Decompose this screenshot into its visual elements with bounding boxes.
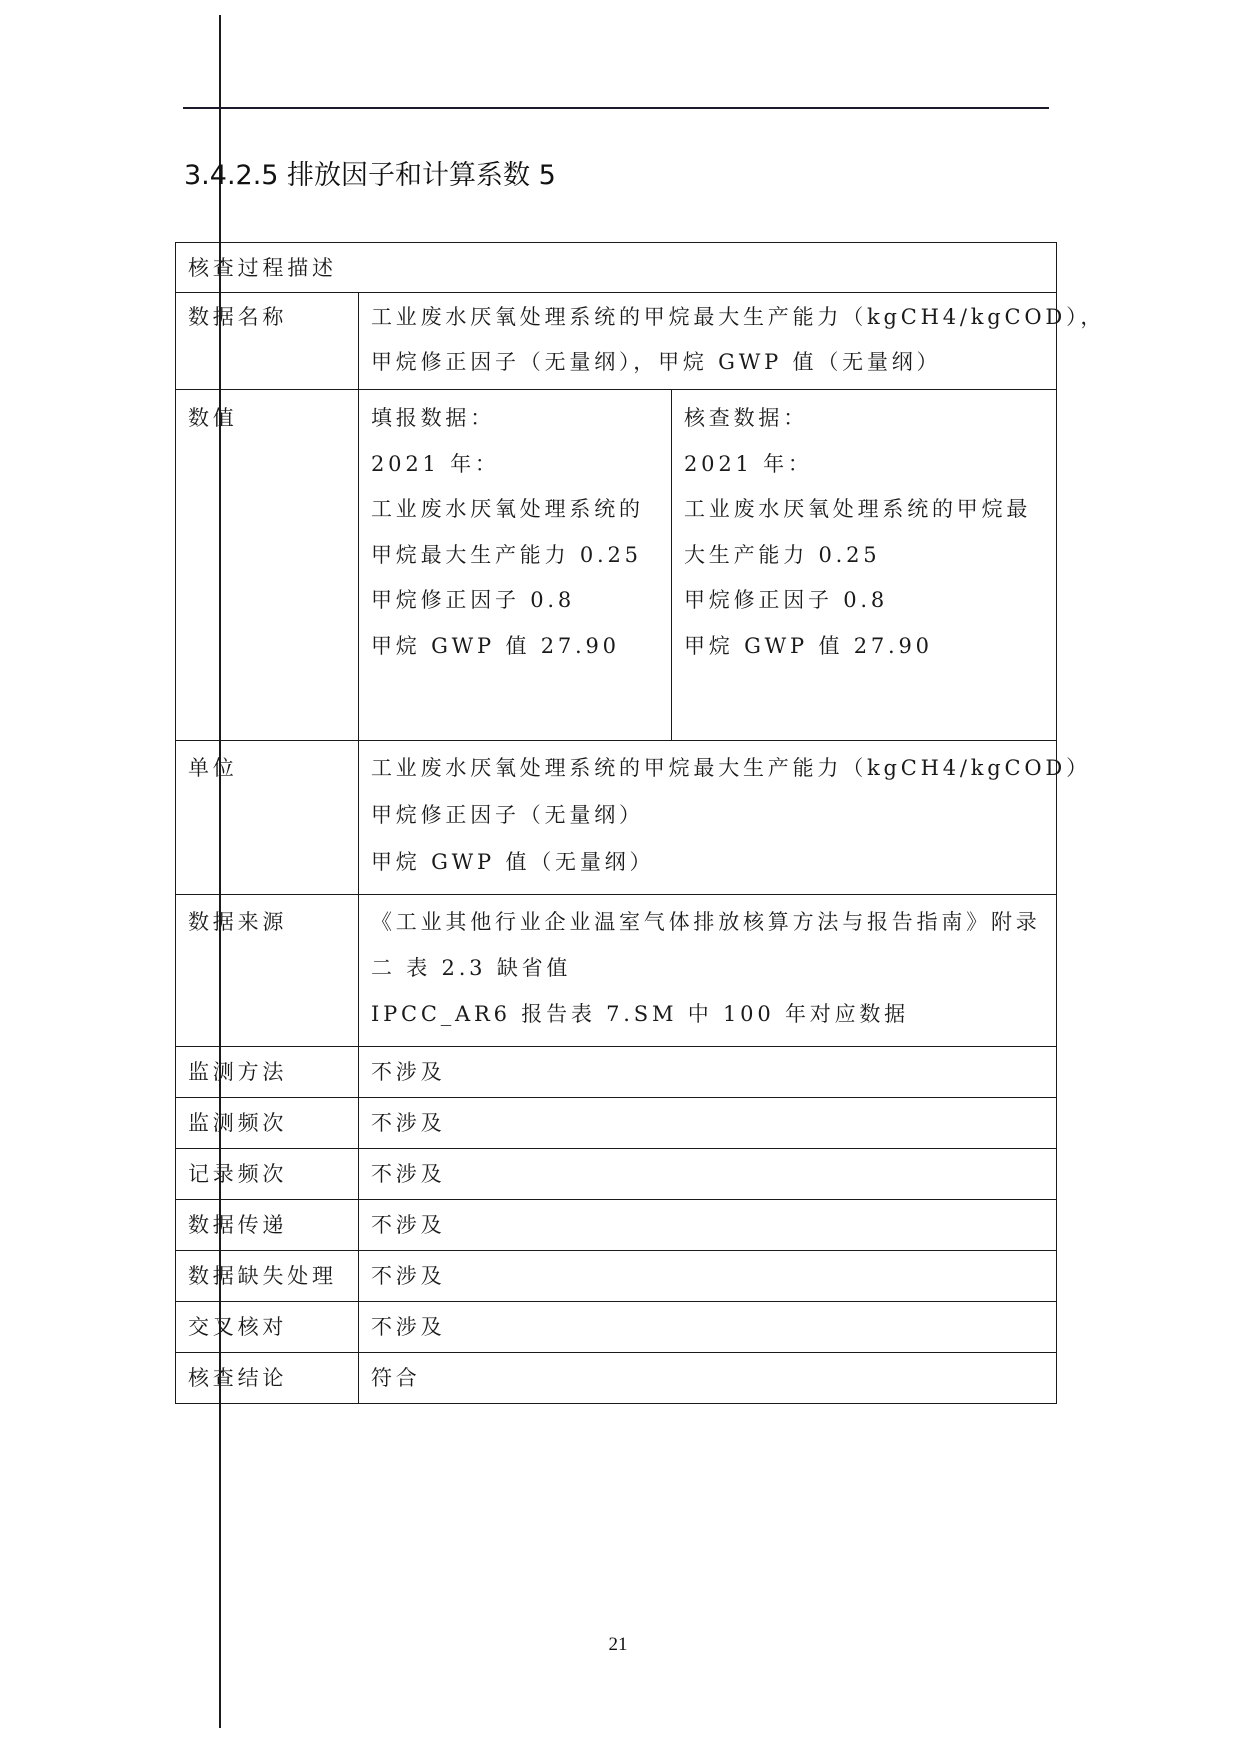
verified-max-capacity: 大生产能力 0.25: [684, 533, 1050, 579]
row-label-cell: 数据来源: [176, 895, 359, 1047]
source-line: 二 表 2.3 缺省值: [371, 945, 1050, 991]
row-value-cell: 不涉及: [359, 1149, 1057, 1200]
row-label-cell: 数据名称: [176, 293, 359, 390]
reported-line: 工业废水厌氧处理系统的: [371, 487, 665, 533]
row-label-cell: 监测方法: [176, 1047, 359, 1098]
conclusion-value: 符合: [371, 1353, 1050, 1403]
row-value-cell: 不涉及: [359, 1200, 1057, 1251]
verification-table: 核查过程描述 数据名称 工业废水厌氧处理系统的甲烷最大生产能力（kgCH4/kg…: [175, 242, 1057, 1404]
reported-max-capacity: 甲烷最大生产能力 0.25: [371, 533, 665, 579]
reported-gwp: 甲烷 GWP 值 27.90: [371, 624, 665, 670]
table-row-unit: 单位 工业废水厌氧处理系统的甲烷最大生产能力（kgCH4/kgCOD） 甲烷修正…: [176, 741, 1057, 895]
row-label: 数据缺失处理: [188, 1251, 352, 1301]
row-value-cell: 不涉及: [359, 1098, 1057, 1149]
verified-data-cell: 核查数据： 2021 年： 工业废水厌氧处理系统的甲烷最 大生产能力 0.25 …: [672, 390, 1057, 741]
unit-line: 甲烷修正因子（无量纲）: [371, 792, 1050, 839]
row-value: 不涉及: [371, 1251, 1050, 1301]
row-value: 不涉及: [371, 1047, 1050, 1097]
verified-heading: 核查数据：: [684, 396, 1050, 442]
row-value-cell: 工业废水厌氧处理系统的甲烷最大生产能力（kgCH4/kgCOD） 甲烷修正因子（…: [359, 741, 1057, 895]
unit-line: 甲烷 GWP 值（无量纲）: [371, 839, 1050, 886]
row-value: 不涉及: [371, 1098, 1050, 1148]
table-row-recording-frequency: 记录频次 不涉及: [176, 1149, 1057, 1200]
row-value: 不涉及: [371, 1302, 1050, 1352]
row-value-cell: 工业废水厌氧处理系统的甲烷最大生产能力（kgCH4/kgCOD）， 甲烷修正因子…: [359, 293, 1057, 390]
row-value-cell: 不涉及: [359, 1251, 1057, 1302]
row-label-cell: 交叉核对: [176, 1302, 359, 1353]
table-row-monitoring-frequency: 监测频次 不涉及: [176, 1098, 1057, 1149]
row-label: 记录频次: [188, 1149, 352, 1199]
reported-correction-factor: 甲烷修正因子 0.8: [371, 578, 665, 624]
verified-year: 2021 年：: [684, 442, 1050, 488]
row-label: 核查结论: [188, 1353, 352, 1403]
row-value: 不涉及: [371, 1149, 1050, 1199]
source-line: 《工业其他行业企业温室气体排放核算方法与报告指南》附录: [371, 899, 1050, 945]
row-label-cell: 数值: [176, 390, 359, 741]
table-header-cell: 核查过程描述: [176, 243, 1057, 293]
table-row-data-source: 数据来源 《工业其他行业企业温室气体排放核算方法与报告指南》附录 二 表 2.3…: [176, 895, 1057, 1047]
row-value: 不涉及: [371, 1200, 1050, 1250]
row-label-cell: 监测频次: [176, 1098, 359, 1149]
unit-line: 工业废水厌氧处理系统的甲烷最大生产能力（kgCH4/kgCOD）: [371, 745, 1050, 792]
page-header-rule: [183, 107, 1049, 109]
row-label: 监测频次: [188, 1098, 352, 1148]
page-number: 21: [600, 1634, 636, 1656]
row-label-cell: 数据缺失处理: [176, 1251, 359, 1302]
table-header-text: 核查过程描述: [188, 244, 1050, 292]
verified-line: 工业废水厌氧处理系统的甲烷最: [684, 487, 1050, 533]
table-row-verification-conclusion: 核查结论 符合: [176, 1353, 1057, 1404]
section-title: 3.4.2.5 排放因子和计算系数 5: [184, 158, 556, 194]
source-line: IPCC_AR6 报告表 7.SM 中 100 年对应数据: [371, 991, 1050, 1037]
table-row-data-transfer: 数据传递 不涉及: [176, 1200, 1057, 1251]
table-row-monitoring-method: 监测方法 不涉及: [176, 1047, 1057, 1098]
table-row-data-name: 数据名称 工业废水厌氧处理系统的甲烷最大生产能力（kgCH4/kgCOD）， 甲…: [176, 293, 1057, 390]
reported-heading: 填报数据：: [371, 396, 665, 442]
row-label: 监测方法: [188, 1047, 352, 1097]
row-label-cell: 记录频次: [176, 1149, 359, 1200]
row-value-cell: 不涉及: [359, 1302, 1057, 1353]
table-row-values: 数值 填报数据： 2021 年： 工业废水厌氧处理系统的 甲烷最大生产能力 0.…: [176, 390, 1057, 741]
table-row-cross-check: 交叉核对 不涉及: [176, 1302, 1057, 1353]
verified-correction-factor: 甲烷修正因子 0.8: [684, 578, 1050, 624]
row-label-cell: 核查结论: [176, 1353, 359, 1404]
row-label: 单位: [188, 745, 352, 792]
table-row-missing-data-handling: 数据缺失处理 不涉及: [176, 1251, 1057, 1302]
data-name-line: 甲烷修正因子（无量纲），甲烷 GWP 值（无量纲）: [371, 338, 1050, 383]
row-label: 数据来源: [188, 899, 352, 945]
row-value-cell: 《工业其他行业企业温室气体排放核算方法与报告指南》附录 二 表 2.3 缺省值 …: [359, 895, 1057, 1047]
data-name-line: 工业废水厌氧处理系统的甲烷最大生产能力（kgCH4/kgCOD），: [371, 293, 1050, 338]
row-label-cell: 数据传递: [176, 1200, 359, 1251]
row-label: 数据传递: [188, 1200, 352, 1250]
reported-data-cell: 填报数据： 2021 年： 工业废水厌氧处理系统的 甲烷最大生产能力 0.25 …: [359, 390, 672, 741]
row-label-cell: 单位: [176, 741, 359, 895]
row-label: 数据名称: [188, 293, 352, 338]
verified-gwp: 甲烷 GWP 值 27.90: [684, 624, 1050, 670]
reported-year: 2021 年：: [371, 442, 665, 488]
row-value-cell: 符合: [359, 1353, 1057, 1404]
row-value-cell: 不涉及: [359, 1047, 1057, 1098]
table-header-row: 核查过程描述: [176, 243, 1057, 293]
row-label: 数值: [188, 396, 352, 442]
row-label: 交叉核对: [188, 1302, 352, 1352]
